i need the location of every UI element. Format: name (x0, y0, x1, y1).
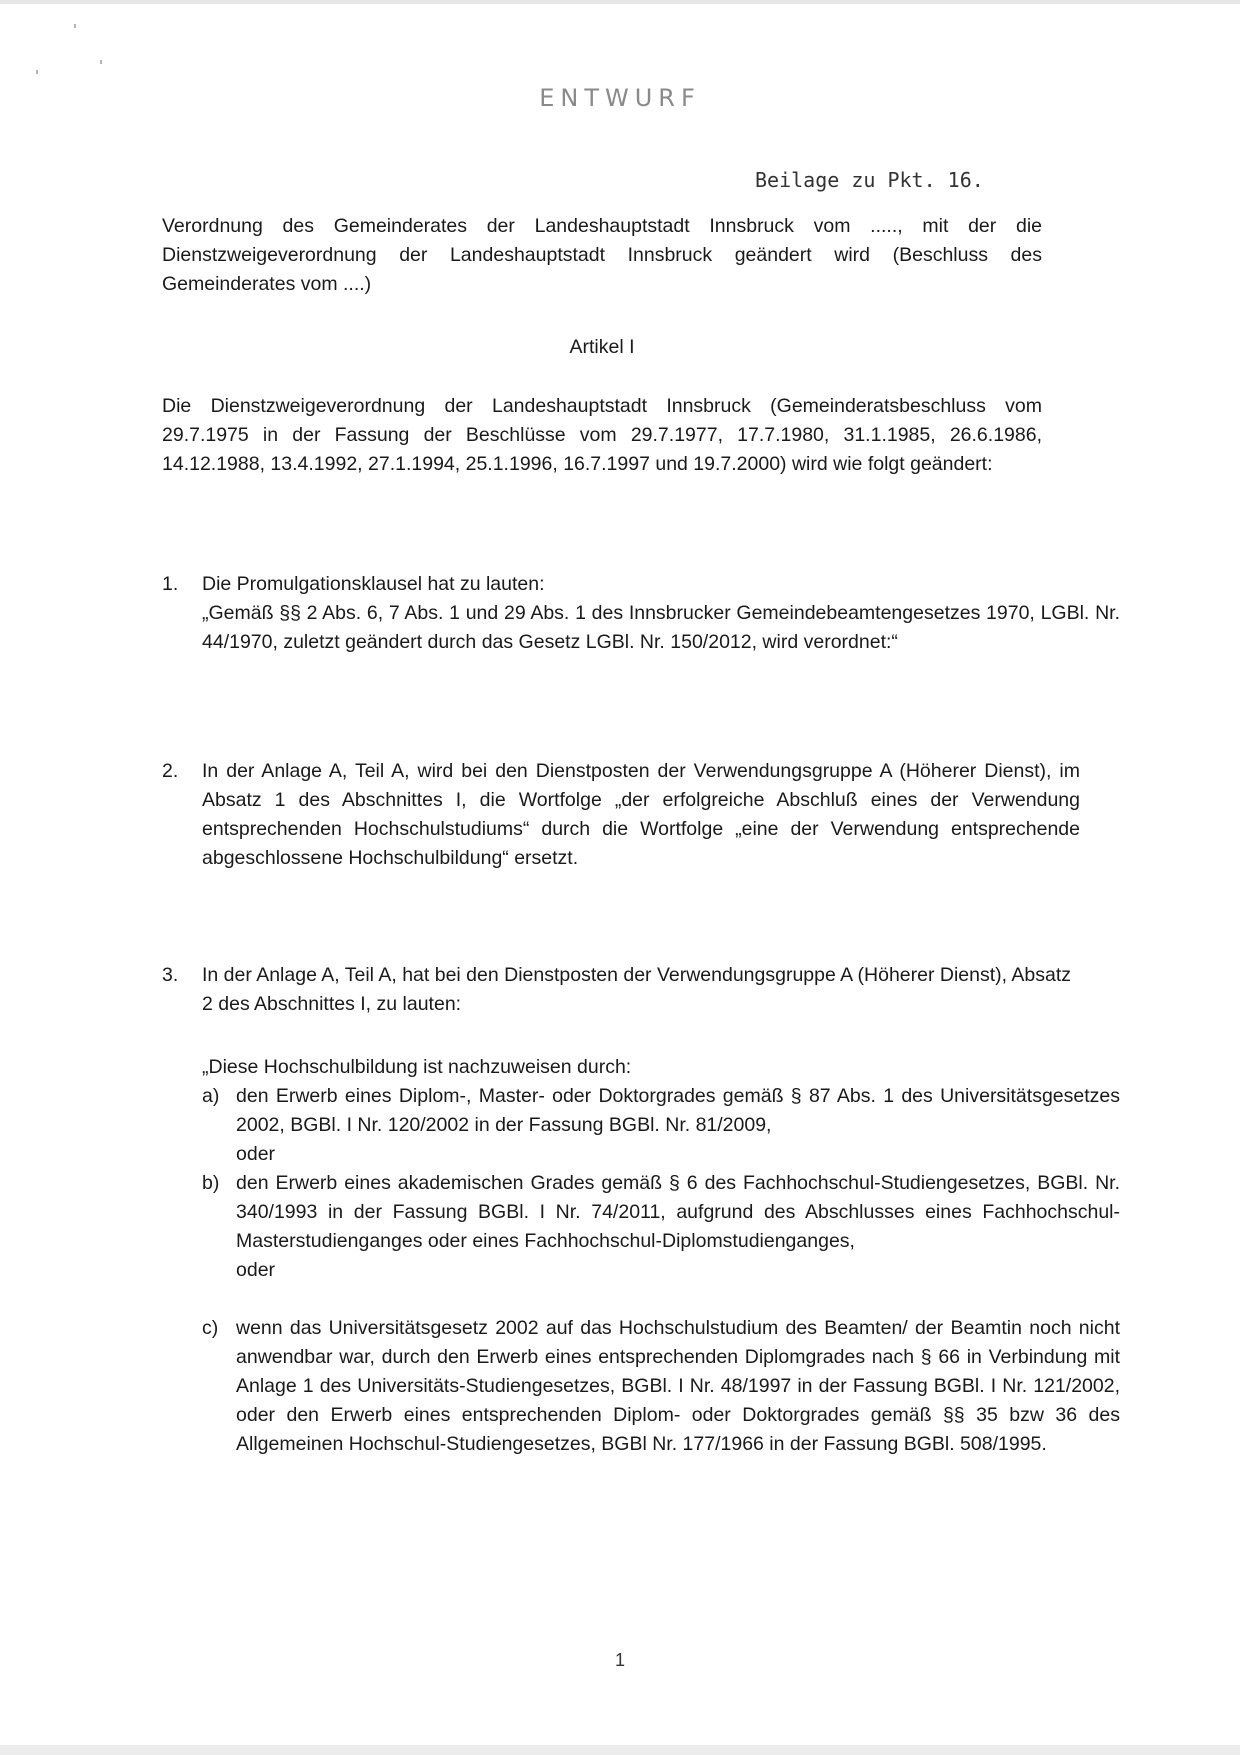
document-title: Verordnung des Gemeinderates der Landesh… (162, 212, 1042, 299)
scan-speck (74, 24, 76, 28)
item-text: In der Anlage A, Teil A, wird bei den Di… (202, 757, 1080, 873)
draft-stamp: ENTWURF (0, 84, 1240, 112)
page-number: 1 (0, 1650, 1240, 1671)
article-heading: Artikel I (162, 336, 1042, 359)
scan-edge-bottom (0, 1745, 1240, 1755)
scan-speck (36, 70, 38, 74)
sub-item-text: wenn das Universitätsgesetz 2002 auf das… (236, 1314, 1120, 1459)
sub-item-label: b) (202, 1169, 236, 1198)
item-number: 2. (162, 757, 202, 786)
sub-item-text: den Erwerb eines Diplom-, Master- oder D… (236, 1082, 1120, 1169)
sub-item-label: a) (202, 1082, 236, 1111)
sub-item-body: den Erwerb eines Diplom-, Master- oder D… (236, 1085, 1120, 1136)
scan-speck (100, 60, 102, 64)
sub-item-body: den Erwerb eines akademischen Grades gem… (236, 1172, 1120, 1252)
sub-item-connector: oder (236, 1143, 275, 1165)
quote-intro: „Diese Hochschulbildung ist nachzuweisen… (202, 1053, 631, 1082)
item-text: In der Anlage A, Teil A, hat bei den Die… (202, 961, 1080, 1019)
article-intro: Die Dienstzweigeverordnung der Landeshau… (162, 392, 1042, 479)
scan-edge-top (0, 0, 1240, 4)
sub-item-connector: oder (236, 1259, 275, 1281)
sub-item-label: c) (202, 1314, 236, 1343)
attachment-reference: Beilage zu Pkt. 16. (755, 168, 984, 192)
item-number: 3. (162, 961, 202, 990)
promulgation-clause: „Gemäß §§ 2 Abs. 6, 7 Abs. 1 und 29 Abs.… (202, 599, 1120, 657)
sub-item-text: den Erwerb eines akademischen Grades gem… (236, 1169, 1120, 1285)
item-number: 1. (162, 570, 202, 599)
item-text: Die Promulgationsklausel hat zu lauten: (202, 570, 1120, 599)
